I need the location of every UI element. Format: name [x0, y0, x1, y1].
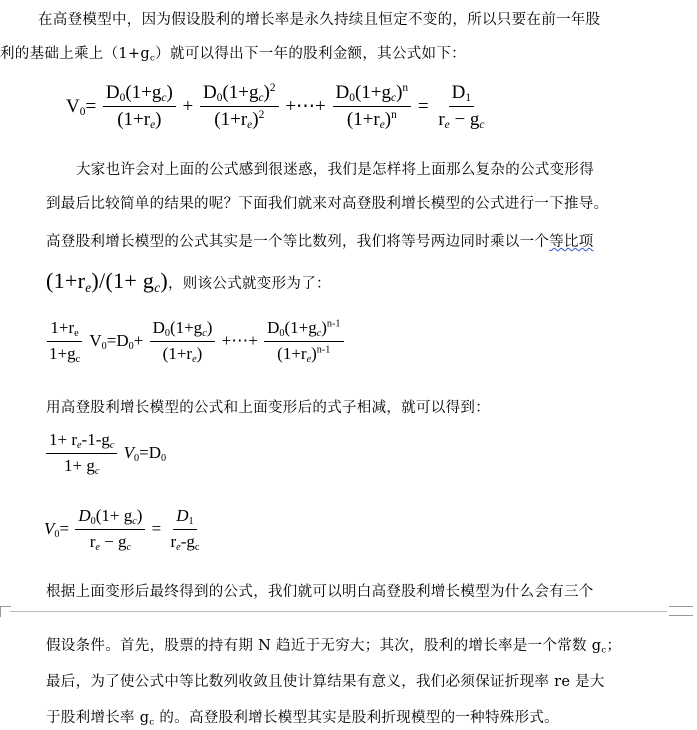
fraction-term-1: D0(1+gc) (1+re) — [150, 318, 216, 365]
text: 最后，为了使公式中等比数列收敛且使计算结果有意义，我们必须保证折现率 re 是大 — [46, 674, 605, 690]
paragraph-5-line-2: 假设条件。首先，股票的持有期 N 趋近于无穷大；其次，股利的增长率是一个常数 g… — [46, 634, 621, 656]
formula-gordon-series: V0= D0(1+gc) (1+re) + D0(1+gc)2 (1+re)2 … — [66, 82, 489, 131]
fraction-result: D1 re − gc — [435, 82, 487, 131]
page-break — [0, 606, 697, 620]
formula-ratio: (1+re)/(1+ gc) — [46, 268, 168, 293]
paragraph-1-line-2: 利的基础上乘上（1+gc）就可以得出下一年的股利金额，其公式如下： — [0, 42, 466, 64]
text: ，则该公式就变形为了： — [168, 276, 331, 292]
paragraph-1-line-1: 在高登模型中，因为假设股利的增长率是永久持续且恒定不变的，所以只要在前一年股 — [38, 8, 600, 29]
paragraph-4: 用高登股利增长模型的公式和上面变形后的式子相减，就可以得到： — [46, 396, 490, 417]
paragraph-5-line-3: 最后，为了使公式中等比数列收敛且使计算结果有意义，我们必须保证折现率 re 是大 — [46, 670, 605, 691]
text: 高登股利增长模型的公式其实是一个等比数列，我们将等号两边同时乘以一个 — [46, 234, 549, 250]
fraction-final-1: D0(1+ gc) re − gc — [75, 506, 145, 553]
paragraph-2-line-1: 大家也许会对上面的公式感到很迷惑，我们是怎样将上面那么复杂的公式变形得 — [76, 158, 594, 179]
paragraph-3-line-2: (1+re)/(1+ gc)，则该公式就变形为了： — [46, 268, 331, 296]
text: 利的基础上乘上（1+g — [0, 46, 150, 62]
page-break-line — [10, 611, 667, 612]
fraction-term-n-minus-1: D0(1+gc)n-1 (1+re)n-1 — [264, 318, 343, 365]
formula-multiplied-series: 1+re 1+gc V0=D0+ D0(1+gc) (1+re) +⋯+ D0(… — [44, 318, 346, 365]
fraction-term-1: D0(1+gc) (1+re) — [103, 82, 176, 131]
text: 于股利增长率 g — [46, 710, 149, 726]
text: 根据上面变形后最终得到的公式，我们就可以明白高登股利增长模型为什么会有三个 — [46, 584, 594, 600]
document-page: 在高登模型中，因为假设股利的增长率是永久持续且恒定不变的，所以只要在前一年股 利… — [0, 0, 697, 730]
paragraph-5-line-1: 根据上面变形后最终得到的公式，我们就可以明白高登股利增长模型为什么会有三个 — [46, 580, 594, 601]
spellcheck-underlined-text: 等比项 — [549, 234, 593, 250]
paragraph-2-line-2: 到最后比较简单的结果的呢？下面我们就来对高登股利增长模型的公式进行一下推导。 — [46, 192, 608, 213]
formula-final: V0= D0(1+ gc) re − gc = D1 re-gc — [44, 506, 204, 553]
paragraph-3-line-1: 高登股利增长模型的公式其实是一个等比数列，我们将等号两边同时乘以一个等比项 — [46, 230, 594, 251]
text: 在高登模型中，因为假设股利的增长率是永久持续且恒定不变的，所以只要在前一年股 — [38, 12, 600, 28]
text: ； — [606, 638, 621, 654]
paragraph-5-line-4: 于股利增长率 gc 的。高登股利增长模型其实是股利折现模型的一种特殊形式。 — [46, 706, 559, 728]
text: 用高登股利增长模型的公式和上面变形后的式子相减，就可以得到： — [46, 400, 490, 416]
text: 假设条件。首先，股票的持有期 N 趋近于无穷大；其次，股利的增长率是一个常数 g — [46, 638, 601, 654]
text: 大家也许会对上面的公式感到很迷惑，我们是怎样将上面那么复杂的公式变形得 — [76, 162, 594, 178]
fraction-ratio: 1+re 1+gc — [46, 318, 83, 365]
text: 的。高登股利增长模型其实是股利折现模型的一种特殊形式。 — [154, 710, 559, 726]
text: 到最后比较简单的结果的呢？下面我们就来对高登股利增长模型的公式进行一下推导。 — [46, 196, 608, 212]
fraction-difference: 1+ re-1-gc 1+ gc — [46, 430, 117, 477]
fraction-term-2: D0(1+gc)2 (1+re)2 — [200, 82, 279, 131]
fraction-final-2: D1 re-gc — [168, 506, 203, 553]
fraction-term-n: D0(1+gc)n (1+re)n — [333, 82, 412, 131]
page-corner-right — [669, 606, 693, 616]
text: ）就可以得出下一年的股利金额，其公式如下： — [155, 46, 466, 62]
formula-difference: 1+ re-1-gc 1+ gc V0=D0 — [44, 430, 166, 477]
